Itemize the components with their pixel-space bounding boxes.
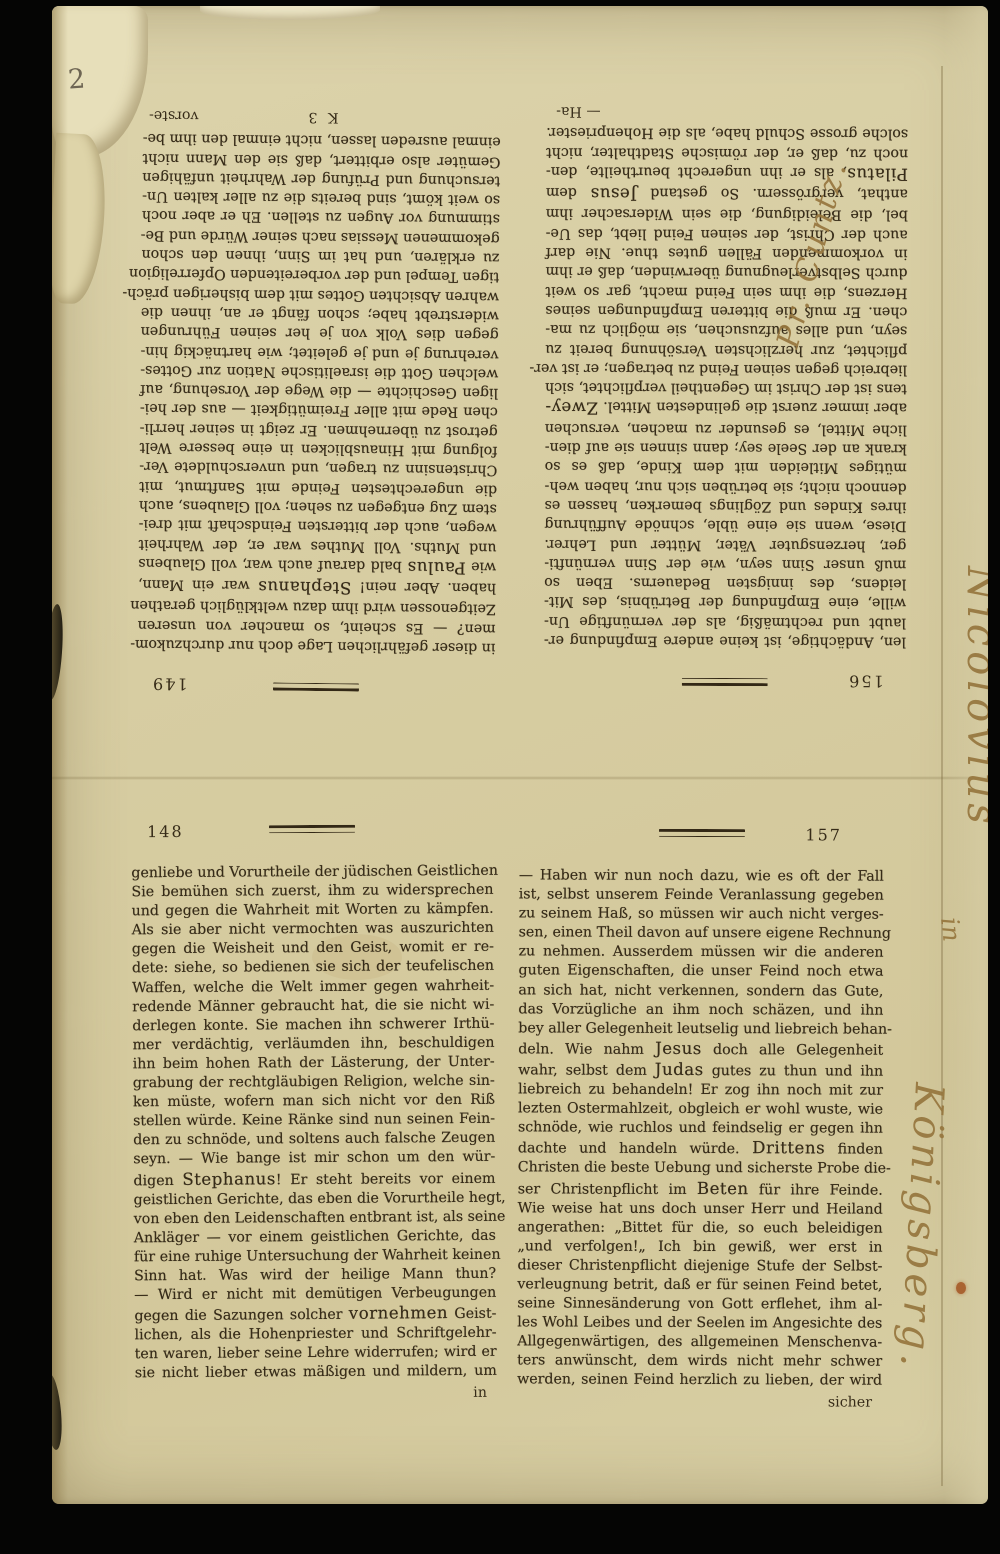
page-line: deln. Wie nahm Jesus doch alle Gelegenhe…: [518, 1038, 883, 1060]
page-line: gekommenen Messias nach seiner Würde und…: [142, 225, 500, 248]
page-line: ken müste, wofern man sich nicht vor den…: [133, 1091, 495, 1113]
page-line: tens ist der Christ im Gegentheil verpfl…: [545, 377, 907, 398]
page-line: folgung mit Hinausblicken in eine besser…: [139, 437, 497, 460]
page-line: redende Männer gebraucht hat, die sie ni…: [132, 995, 494, 1017]
page-line: den zu schnöde, und soltens auch falsche…: [133, 1129, 495, 1151]
page-line: len, Andächtige, ist keine andere Empfin…: [544, 630, 906, 651]
page-line: wahren Absichten Gottes mit dem bisherig…: [141, 283, 499, 306]
page-line: ten waren, lieber seine Lehre widerrufen…: [135, 1343, 497, 1365]
page-line: lichen, als die Hohenpriester und Schrif…: [134, 1324, 496, 1346]
page-header: 148: [131, 820, 493, 841]
page-line: so weit kömt, sind bereits die zu aller …: [142, 186, 500, 209]
page-line: ist, selbst unserem Feinde Veranlassung …: [519, 885, 884, 905]
handwritten-word-in: in: [935, 916, 966, 943]
page-line: liche Mittel, es gesunder zu machen, ver…: [545, 418, 907, 439]
page-line: leidens, des innigsten Bedauerns. Eben s…: [544, 572, 906, 593]
page-line: Ankläger — vor einem geistlichen Gericht…: [134, 1227, 496, 1249]
page-line: wie Paulus bald darauf auch war, voll Gl…: [138, 553, 496, 578]
page-line: gegen dies Volk von je her seinen Führun…: [141, 321, 499, 344]
page-line: stellen würde. Keine Ränke sind nun sein…: [133, 1110, 495, 1132]
double-rule-ornament: [682, 678, 768, 686]
page-line: chen. Er muß die bitteren Empfindungen s…: [545, 300, 907, 321]
page-line: — Haben wir nun noch dazu, wie es oft de…: [519, 866, 884, 886]
page-line: gegen die Weisheit und den Geist, womit …: [132, 938, 494, 960]
page-line: gegen die Sazungen solcher vornehmen Gei…: [134, 1303, 496, 1327]
scanned-document-photo: 2 149 in dieser gefährlichen Lage doch n…: [0, 0, 1000, 1554]
page-line: durch Selbstverleugnung überwinden, daß …: [546, 261, 908, 282]
paper-sheet: 2 149 in dieser gefährlichen Lage doch n…: [52, 6, 988, 1504]
page-line: digen Stephanus! Er steht bereits vor ei…: [133, 1167, 495, 1191]
page-149-rotated: 149 in dieser gefährlichen Lage doch nur…: [137, 104, 501, 697]
page-line: und gegen die Wahrheit mit Worten zu käm…: [132, 900, 494, 922]
page-line: haben. Aber nein! Stephanus war ein Mann…: [138, 574, 496, 599]
page-line: werden, seinen Feind herzlich zu lieben,…: [517, 1371, 882, 1391]
page-line: für eine ruhige Untersuchung der Wahrhei…: [134, 1246, 496, 1268]
page-156-rotated: 156 len, Andächtige, ist keine andere Em…: [544, 103, 909, 691]
page-line: das Vorzügliche an ihm noch schäzen, und…: [518, 1000, 883, 1020]
page-line: dieser Christenpflicht diejenige Stufe d…: [517, 1256, 882, 1276]
page-line: verleugnung betrit, daß er für seinen Fe…: [517, 1275, 882, 1295]
page-157: 157 — Haben wir nun noch dazu, wie es of…: [517, 824, 884, 1410]
page-line: laubt und rechtmäßig, als der vernünftig…: [544, 611, 906, 632]
page-line: aber immer zuerst die gelindesten Mittel…: [545, 396, 907, 419]
page-line: von eben den Leidenschaften entbrant ist…: [134, 1207, 496, 1229]
page-line: stem Zug entgegen zu sehen; voll Glauben…: [139, 495, 497, 518]
torn-top-edge: [200, 6, 380, 21]
ink-stain: [956, 1282, 966, 1294]
page-line: ters anwünscht, dem wirds nicht mehr sch…: [517, 1352, 882, 1372]
page-number: 149: [151, 674, 188, 693]
page-text: in dieser gefährlichen Lage doch nur dur…: [137, 128, 500, 657]
page-line: und Muths. Voll Muthes war er, der Wahrh…: [138, 533, 496, 556]
page-line: grabung der rechtgläubigen Religion, wel…: [133, 1072, 495, 1094]
page-line: dete: siehe, so bedienen sie sich der te…: [132, 957, 494, 979]
page-header: 149: [137, 675, 495, 697]
page-line: Als sie aber nicht vermochten was auszur…: [132, 919, 494, 941]
double-rule-ornament: [658, 829, 744, 837]
catchword: sicher: [517, 1393, 882, 1410]
page-line: einmal ausreden lassen, nicht einmal den…: [143, 128, 501, 151]
page-line: guten Eigenschaften, die unser Feind noc…: [518, 962, 883, 982]
handwritten-name-vertical: Nicolovius: [958, 566, 988, 829]
page-line: Waffen, welche die Welt immer gegen wahr…: [132, 976, 494, 998]
page-line: zu seinem Haß, so müssen wir auch nicht …: [519, 905, 884, 925]
page-line: „und verfolgen!„ Ich bin gewiß, wer erst…: [518, 1237, 883, 1257]
page-148: 148 genliebe und Vorurtheile der jüdisch…: [131, 820, 497, 1403]
page-line: ligen Geschichte — die Wege der Vorsehun…: [140, 379, 498, 402]
page-line: muß unser Sinn seyn, wie der Sinn vernün…: [544, 553, 906, 574]
page-line: Sinn hat. Was wird der heilige Mann thun…: [134, 1265, 496, 1287]
page-line: ihn beim hohen Rath der Lästerung, der U…: [133, 1053, 495, 1075]
page-text: len, Andächtige, ist keine andere Empfin…: [544, 122, 908, 651]
page-footer: K 3 vorste-: [143, 104, 501, 127]
page-line: verehrung je und je geleitet; wie hartnä…: [140, 340, 498, 363]
page-line: sen, einen Theil davon auf unsere eigene…: [519, 924, 884, 944]
page-line: dachte und handeln würde. Drittens finde…: [518, 1138, 883, 1160]
page-line: men? — Es scheint, so mancher von unsere…: [138, 615, 496, 638]
page-number: 156: [847, 672, 884, 691]
signature-mark: K 3: [305, 109, 338, 125]
page-line: bel, die Beleidigung, die sein Widersach…: [546, 203, 908, 224]
page-line: in dieser gefährlichen Lage doch nur dur…: [137, 634, 495, 657]
page-line: liebreich zu behandeln! Er zog ihn noch …: [518, 1080, 883, 1100]
page-line: tersuchung und Prüfung der Wahrheit unfä…: [142, 167, 500, 190]
catchword: vorste-: [149, 107, 199, 124]
page-line: getrost zu übernehmen. Er zeigt in seine…: [140, 418, 498, 441]
page-line: pflichtet, zur herzlichsten Versöhnung b…: [545, 338, 907, 359]
page-line: mütiges Mitleiden mit dem Kinde, daß es …: [545, 456, 907, 477]
page-line: lezten Ostermahlzeit, obgleich er wohl w…: [518, 1099, 883, 1119]
left-edge-shadow: [52, 6, 68, 1504]
page-line: bey aller Gelegenheit leutselig und lieb…: [518, 1019, 883, 1039]
page-line: sie nicht lieber etwas mäßigen und milde…: [135, 1362, 497, 1384]
page-line: Gemüter also erbittert, daß sie den Mann…: [142, 147, 500, 170]
page-line: seine Sinnesänderung von Gott erflehet, …: [517, 1294, 882, 1314]
page-header: 157: [519, 824, 884, 843]
page-line: anthat, vergrössern. So gestand Jesus de…: [546, 182, 908, 205]
page-line: Diese, wenn sie eine üble, schnöde Auffü…: [544, 514, 906, 535]
double-rule-ornament: [273, 683, 359, 692]
page-line: welchen Gott die israelitische Nation zu…: [140, 360, 498, 383]
page-line: angerathen: „Bittet für die, so euch bel…: [518, 1218, 883, 1238]
page-line: Allgegenwärtigen, des allgemeinen Mensch…: [517, 1333, 882, 1353]
page-line: derlegen konte. Sie machen ihn schwerer …: [132, 1014, 494, 1036]
double-rule-ornament: [269, 825, 355, 834]
page-line: wille, eine Empfindung der Betrübnis, de…: [544, 591, 906, 612]
page-line: ser Christenpflicht im Beten für ihre Fe…: [518, 1178, 883, 1200]
page-line: les Wohl Leibes und der Seelen im Angesi…: [517, 1314, 882, 1334]
page-line: wahr, selbst dem Judas gutes zu thun und…: [518, 1059, 883, 1081]
page-number: 157: [805, 825, 842, 844]
page-line: widerstrebt habe; schon fängt er an, ihn…: [141, 302, 499, 325]
page-text: genliebe und Vorurtheile der jüdischen G…: [131, 862, 497, 1384]
page-line: wegen, auch der bittersten Feindschaft m…: [139, 514, 497, 537]
page-line: in vorkommenden Fällen gutes thue. Nie d…: [546, 242, 908, 263]
page-line: dennoch nicht; sie betrüben sich nur, ha…: [545, 476, 907, 497]
page-text: — Haben wir nun noch dazu, wie es oft de…: [517, 866, 884, 1391]
page-line: ger, herzensguter Väter, Mütter und Lehr…: [544, 533, 906, 554]
page-line: krank an der Seele sey; dann sinnen sie …: [545, 437, 907, 458]
page-header: 156: [544, 671, 906, 691]
page-line: Christen die beste Uebung und sicherste …: [518, 1159, 883, 1179]
page-line: mer verdächtig, verläumden ihn, beschuld…: [132, 1034, 494, 1056]
page-line: — Wird er nicht mit demütigen Verbeugung…: [134, 1284, 496, 1306]
page-line: an sich hat, nicht verkennen, sondern da…: [518, 981, 883, 1001]
page-line: zu nehmen. Ausserdem müssen wir die ande…: [519, 943, 884, 963]
page-line: schnöde, wie ruchlos und feindselig er g…: [518, 1119, 883, 1139]
pencil-folio-number: 2: [67, 63, 86, 95]
page-line: seyn. — Wie bange ist mir schon um den w…: [133, 1148, 495, 1170]
page-line: genliebe und Vorurtheile der jüdischen G…: [131, 862, 493, 884]
page-number: 148: [147, 822, 184, 841]
page-line: Herzens, die ihm sein Feind macht, gar s…: [545, 281, 907, 302]
catchword: in: [135, 1384, 497, 1403]
horizontal-fold-crease: [52, 776, 988, 780]
page-line: Sie bemühen sich zuerst, ihm zu widerspr…: [131, 881, 493, 903]
page-line: geistlichen Gerichte, das eben die Vorur…: [134, 1188, 496, 1210]
page-line: auch der Christ, der seinen Feind liebt,…: [546, 223, 908, 244]
page-line: seyn, und alles aufzusuchen, sie möglich…: [545, 319, 907, 340]
page-line: zu erklären, und hat im Sinn, ihnen den …: [141, 244, 499, 267]
page-line: Wie weise hat uns doch unser Herr und He…: [518, 1199, 883, 1219]
page-line: die ungerechtesten Feinde mit Sanftmut, …: [139, 475, 497, 498]
page-line: liebreich gegen seinen Feind zu betragen…: [545, 358, 907, 379]
page-line: ihres Kindes und Zöglings bemerken, hass…: [544, 495, 906, 516]
